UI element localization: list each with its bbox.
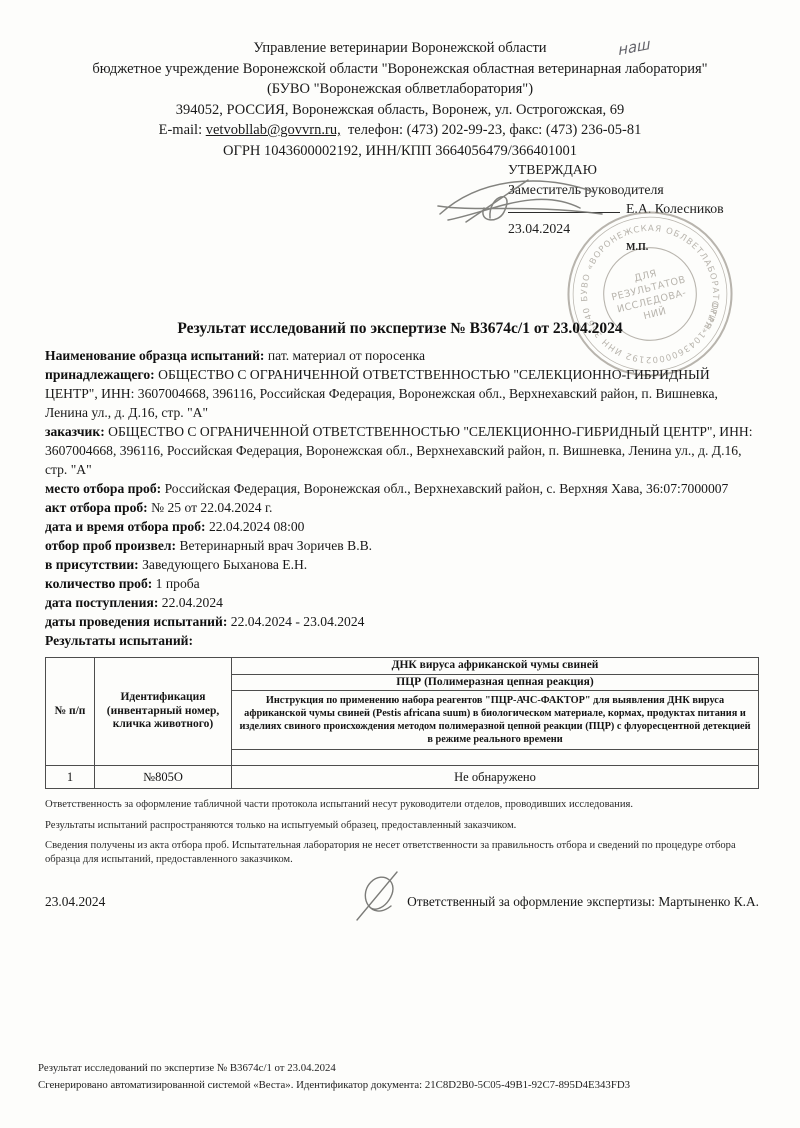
approver-position: Заместитель руководителя xyxy=(508,180,724,200)
signoff-row: 23.04.2024 Ответственный за оформление э… xyxy=(45,892,759,911)
stamp-center-line3: ИССЛЕДОВА- xyxy=(616,288,688,316)
stamp-center-line1: ДЛЯ xyxy=(633,268,658,284)
approval-block: УТВЕРЖДАЮ Заместитель руководителя Е.А. … xyxy=(508,160,724,238)
note-responsibility: Ответственность за оформление табличной … xyxy=(45,798,759,812)
table-method-header: ПЦР (Полимеразная цепная реакция) xyxy=(232,674,759,691)
org-address: 394052, РОССИЯ, Воронежская область, Вор… xyxy=(60,100,740,121)
field-sample-count: количество проб: 1 проба xyxy=(45,574,759,593)
signoff-date: 23.04.2024 xyxy=(45,892,105,911)
footer-generated-id: Сгенерировано автоматизированной системо… xyxy=(38,1077,762,1094)
col-header-num: № п/п xyxy=(46,658,95,766)
email-label: E-mail: xyxy=(159,122,203,138)
phone-fax: телефон: (473) 202-99-23, факс: (473) 23… xyxy=(348,122,641,138)
field-test-dates: даты проведения испытаний: 22.04.2024 - … xyxy=(45,612,759,631)
field-results-heading: Результаты испытаний: xyxy=(45,631,759,650)
field-customer: заказчик: ОБЩЕСТВО С ОГРАНИЧЕННОЙ ОТВЕТС… xyxy=(45,422,759,479)
responsible-signature-icon xyxy=(351,870,407,922)
document-body: Наименование образца испытаний: пат. мат… xyxy=(45,346,759,911)
mp-seal-label: М.П. xyxy=(626,242,648,253)
signature-line: Е.А. Колесников xyxy=(508,199,724,219)
field-sampling-datetime: дата и время отбора проб: 22.04.2024 08:… xyxy=(45,517,759,536)
footnotes: Ответственность за оформление табличной … xyxy=(45,798,759,866)
org-contacts: E-mail: vetvobllab@govvrn.ru, телефон: (… xyxy=(60,120,740,141)
letterhead: Управление ветеринарии Воронежской облас… xyxy=(60,38,740,161)
row-result: Не обнаружено xyxy=(232,766,759,789)
stamp-center-line2: РЕЗУЛЬТАТОВ xyxy=(610,274,686,303)
scanned-document-page: Управление ветеринарии Воронежской облас… xyxy=(0,0,800,1128)
signature-rule xyxy=(508,199,620,213)
page-footer: Результат исследований по экспертизе № В… xyxy=(38,1060,762,1093)
table-method-detail: Инструкция по применению набора реагенто… xyxy=(232,691,759,750)
col-header-ident: Идентификация (инвентарный номер, кличка… xyxy=(95,658,232,766)
table-row: 1 №805О Не обнаружено xyxy=(46,766,759,789)
note-sampling-info: Сведения получены из акта отбора проб. И… xyxy=(45,839,759,866)
note-scope: Результаты испытаний распространяются то… xyxy=(45,819,759,833)
page-title: Результат исследований по экспертизе № В… xyxy=(0,320,800,338)
field-sample-name: Наименование образца испытаний: пат. мат… xyxy=(45,346,759,365)
field-received-date: дата поступления: 22.04.2024 xyxy=(45,593,759,612)
signoff-responsible-block: Ответственный за оформление экспертизы: … xyxy=(357,892,759,911)
results-table: № п/п Идентификация (инвентарный номер, … xyxy=(45,657,759,789)
field-sampling-act: акт отбора проб: № 25 от 22.04.2024 г. xyxy=(45,498,759,517)
field-sampled-by: отбор проб произвел: Ветеринарный врач З… xyxy=(45,536,759,555)
table-group-header: ДНК вируса африканской чумы свиней xyxy=(232,658,759,675)
signoff-responsible-text: Ответственный за оформление экспертизы: … xyxy=(407,894,759,909)
org-name: бюджетное учреждение Воронежской области… xyxy=(60,59,740,80)
org-ogrn: ОГРН 1043600002192, ИНН/КПП 3664056479/3… xyxy=(60,141,740,162)
approve-label: УТВЕРЖДАЮ xyxy=(508,160,724,180)
email-link: vetvobllab@govvrn.ru, xyxy=(206,122,341,138)
field-owner: принадлежащего: ОБЩЕСТВО С ОГРАНИЧЕННОЙ … xyxy=(45,365,759,422)
approver-name: Е.А. Колесников xyxy=(626,201,724,216)
field-witness: в присутствии: Заведующего Быханова Е.Н. xyxy=(45,555,759,574)
field-sampling-place: место отбора проб: Российская Федерация,… xyxy=(45,479,759,498)
row-ident: №805О xyxy=(95,766,232,789)
org-short-name: (БУВО "Воронежская облветлаборатория") xyxy=(60,79,740,100)
approval-date: 23.04.2024 xyxy=(508,219,724,239)
footer-expertise-ref: Результат исследований по экспертизе № В… xyxy=(38,1060,762,1077)
row-num: 1 xyxy=(46,766,95,789)
table-empty-cell xyxy=(232,750,759,766)
